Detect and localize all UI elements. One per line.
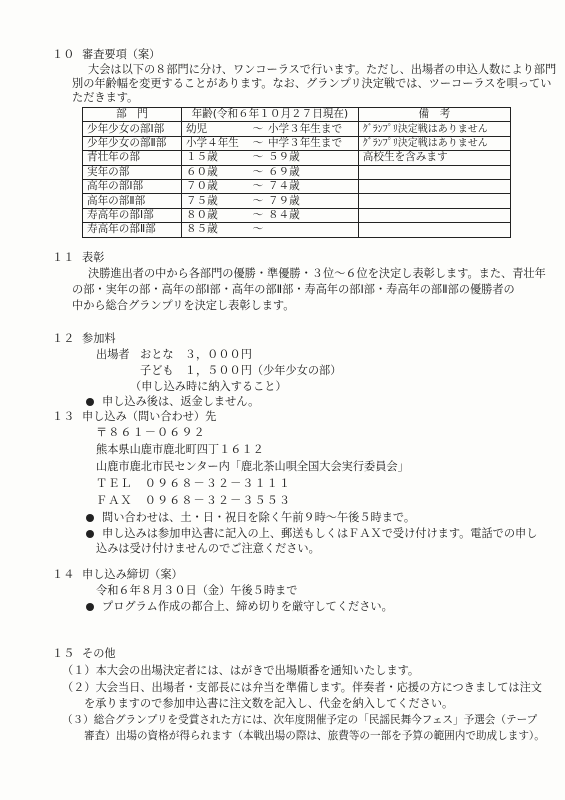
section-15-heading: １５その他 [52, 647, 116, 661]
note-cell [358, 223, 510, 237]
section-14-bullet: プログラム作成の都合上、締め切りを厳守してください。 [86, 600, 393, 614]
fee-adult: おとな ３，０００円 [140, 348, 252, 362]
dept-cell: 青壮年の部 [83, 151, 182, 165]
dept-cell: 高年の部Ⅰ部 [83, 179, 182, 193]
section-12-bullet: 申し込み後は、返金しません。 [86, 395, 259, 409]
age-tilde: ～ [248, 209, 268, 222]
payment-note: （申し込み時に納入すること） [130, 380, 287, 394]
dept-cell: 少年少女の部Ⅰ部 [83, 122, 182, 136]
age-to: ７９歳 [268, 195, 300, 208]
other-item-1: （１）本大会の出場決定者には、はがきで出場順番を通知いたします。 [62, 664, 419, 678]
table-row: 寿高年の部Ⅰ部 ８０歳～８４歳 [83, 208, 511, 222]
other-item-3-line-1: （３）総合グランプリを受賞された方には、次年度開催予定の「民謡民舞今フェス」予選… [62, 713, 537, 727]
header-note: 備 考 [358, 108, 510, 122]
age-from: 幼児 [186, 123, 248, 136]
age-from: ７０歳 [186, 180, 248, 193]
age-cell: 小学４年生～中学３年生まで [181, 136, 358, 150]
age-tilde: ～ [248, 137, 268, 150]
dept-cell: 少年少女の部Ⅱ部 [83, 136, 182, 150]
age-from: 小学４年生 [186, 137, 248, 150]
table-header-row: 部 門 年齢(令和６年１０月２７日現在) 備 考 [83, 108, 511, 122]
section-title: 申し込み（問い合わせ）先 [82, 410, 216, 423]
age-tilde: ～ [248, 180, 268, 193]
age-cell: ７５歳～７９歳 [181, 194, 358, 208]
section-number: １５ [52, 647, 82, 661]
age-cell: ８５歳～ [181, 223, 358, 237]
dept-cell: 寿高年の部Ⅱ部 [83, 223, 182, 237]
table-row: 高年の部Ⅱ部 ７５歳～７９歳 [83, 194, 511, 208]
section-13-bullet-2: 申し込みは参加申込書に記入の上、郵送もしくはＦＡＸで受け付けます。電話での申し [86, 527, 537, 541]
section-number: １４ [52, 568, 82, 582]
fee-child: 子ども １，５００円（少年少女の部） [140, 364, 341, 378]
bullet-icon [86, 603, 94, 611]
note-cell [358, 194, 510, 208]
table-row: 寿高年の部Ⅱ部 ８５歳～ [83, 223, 511, 237]
section-10-para-line-1: 大会は以下の８部門に分け、ワンコーラスで行います。ただし、出場者の申込人数により… [88, 63, 556, 77]
age-tilde: ～ [248, 151, 268, 164]
section-number: １２ [52, 332, 82, 346]
age-tilde: ～ [248, 166, 268, 179]
section-10-para-line-3: ただきます。 [72, 91, 138, 105]
tel-number: ＴＥＬ ０９６８－３２－３１１１ [96, 477, 291, 491]
other-item-3-line-2: 審査）出場の資格が得られます（本戦出場の際は、旅費等の一部を予算の範囲内で助成し… [84, 729, 545, 743]
note-cell [358, 208, 510, 222]
section-11-heading: １１表彰 [52, 251, 104, 265]
note-cell: ｸﾞﾗﾝﾌﾟﾘ決定戦はありません [358, 122, 510, 136]
table-row: 実年の部 ６０歳～６９歳 [83, 165, 511, 179]
header-age: 年齢(令和６年１０月２７日現在) [181, 108, 358, 122]
age-to: ８４歳 [268, 209, 300, 222]
age-to: 中学３年生まで [268, 137, 342, 150]
age-tilde: ～ [248, 123, 268, 136]
bullet-icon [86, 514, 94, 522]
age-to: ７４歳 [268, 180, 300, 193]
bullet-text: プログラム作成の都合上、締め切りを厳守してください。 [102, 600, 393, 613]
address: 熊本県山鹿市鹿北町四丁１６１２ [96, 443, 264, 457]
age-from: ８５歳 [186, 223, 248, 236]
bullet-icon [86, 530, 94, 538]
age-cell: ６０歳～６９歳 [181, 165, 358, 179]
table-row: 少年少女の部Ⅱ部 小学４年生～中学３年生まで ｸﾞﾗﾝﾌﾟﾘ決定戦はありません [83, 136, 511, 150]
fax-number: ＦＡＸ ０９６８－３２－３５５３ [96, 494, 291, 508]
deadline: 令和６年８月３０日（金）午後５時まで [96, 584, 297, 598]
bullet-text: 申し込み後は、返金しません。 [102, 395, 259, 408]
section-number: １１ [52, 251, 82, 265]
age-from: １５歳 [186, 151, 248, 164]
note-cell [358, 165, 510, 179]
header-dept: 部 門 [83, 108, 182, 122]
section-13-bullet-2-cont: 込みは受け付けませんのでご注意ください。 [96, 542, 320, 556]
bullet-text: 申し込みは参加申込書に記入の上、郵送もしくはＦＡＸで受け付けます。電話での申し [102, 527, 537, 540]
section-13-bullet-1: 問い合わせは、土・日・祝日を除く午前９時～午後５時まで。 [86, 511, 415, 525]
age-cell: ８０歳～８４歳 [181, 208, 358, 222]
section-11-para-line-1: 決勝進出者の中から各部門の優勝・準優勝・３位～６位を決定し表彰します。また、青壮… [88, 267, 546, 281]
note-cell [358, 179, 510, 193]
section-11-para-line-2: の部・実年の部・高年の部Ⅰ部・高年の部Ⅱ部・寿高年の部Ⅰ部・寿高年の部Ⅱ部の優勝… [72, 283, 515, 297]
other-item-2-line-1: （２）大会当日、出場者・支部長には弁当を準備します。伴奏者・応援の方につきまして… [62, 681, 542, 695]
organization: 山鹿市鹿北市民センター内「鹿北茶山唄全国大会実行委員会」 [96, 460, 409, 474]
section-number: １０ [52, 48, 82, 62]
section-title: 参加料 [82, 332, 116, 345]
section-13-heading: １３申し込み（問い合わせ）先 [52, 410, 216, 424]
dept-cell: 寿高年の部Ⅰ部 [83, 208, 182, 222]
age-to: 小学３年生まで [268, 123, 342, 136]
section-title: 表彰 [82, 251, 104, 264]
section-10-para-line-2: 別の年齢幅を変更することがあります。なお、グランプリ決定戦では、ツーコーラスを唄… [72, 77, 551, 91]
dept-cell: 高年の部Ⅱ部 [83, 194, 182, 208]
age-from: ６０歳 [186, 166, 248, 179]
table-row: 少年少女の部Ⅰ部 幼児～小学３年生まで ｸﾞﾗﾝﾌﾟﾘ決定戦はありません [83, 122, 511, 136]
age-to: ６９歳 [268, 166, 300, 179]
fee-label: 出場者 [96, 348, 130, 362]
bullet-text: 問い合わせは、土・日・祝日を除く午前９時～午後５時まで。 [102, 511, 415, 524]
age-tilde: ～ [248, 195, 268, 208]
section-number: １３ [52, 410, 82, 424]
section-10-heading: １０審査要項（案） [52, 48, 160, 62]
note-cell: 高校生を含みます [358, 151, 510, 165]
table-row: 高年の部Ⅰ部 ７０歳～７４歳 [83, 179, 511, 193]
age-cell: ７０歳～７４歳 [181, 179, 358, 193]
age-from: ７５歳 [186, 195, 248, 208]
section-14-heading: １４申し込み締切（案） [52, 568, 183, 582]
section-title: 申し込み締切（案） [82, 568, 183, 581]
division-table: 部 門 年齢(令和６年１０月２７日現在) 備 考 少年少女の部Ⅰ部 幼児～小学３… [82, 107, 511, 238]
postal-code: 〒８６１－０６９２ [96, 426, 206, 440]
table-row: 青壮年の部 １５歳～５９歳 高校生を含みます [83, 151, 511, 165]
bullet-icon [86, 398, 94, 406]
dept-cell: 実年の部 [83, 165, 182, 179]
age-cell: 幼児～小学３年生まで [181, 122, 358, 136]
age-from: ８０歳 [186, 209, 248, 222]
section-11-para-line-3: 中から総合グランプリを決定し表彰します。 [72, 299, 294, 313]
other-item-2-line-2: を承りますので参加申込書に注文数を記入し、代金を納入してください。 [84, 697, 453, 711]
section-title: 審査要項（案） [82, 48, 160, 61]
section-title: その他 [82, 647, 116, 660]
note-cell: ｸﾞﾗﾝﾌﾟﾘ決定戦はありません [358, 136, 510, 150]
age-to: ５９歳 [268, 151, 300, 164]
section-12-heading: １２参加料 [52, 332, 116, 346]
age-cell: １５歳～５９歳 [181, 151, 358, 165]
age-tilde: ～ [248, 223, 268, 236]
